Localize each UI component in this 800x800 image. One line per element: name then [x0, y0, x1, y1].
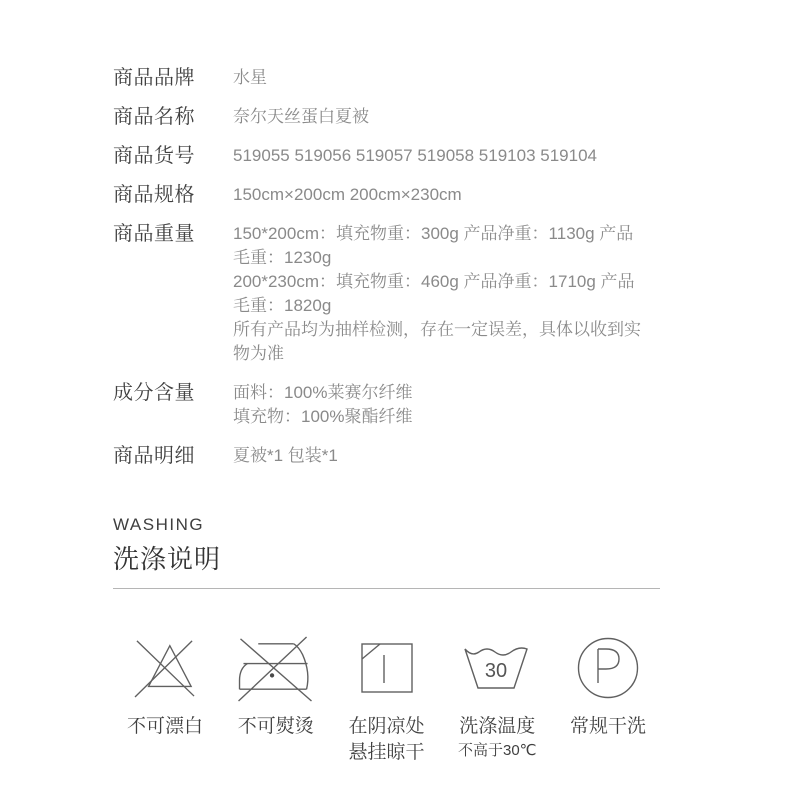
spec-value: 150cm×200cm 200cm×230cm [233, 183, 660, 207]
dry-clean-p-icon [577, 637, 639, 699]
care-item-no-iron: 不可熨烫 [224, 635, 328, 766]
spec-value: 面料：100%莱赛尔纤维 填充物：100%聚酯纤维 [233, 381, 660, 429]
spec-value: 150*200cm：填充物重：300g 产品净重：1130g 产品 毛重：123… [233, 222, 660, 366]
washing-heading: 洗涤说明 [113, 539, 660, 576]
spec-label: 商品规格 [113, 183, 233, 207]
icon-box [361, 635, 413, 701]
do-not-iron-icon [237, 633, 315, 703]
spec-row-contents: 商品明细 夏被*1 包装*1 [113, 444, 660, 468]
spec-row-size: 商品规格 150cm×200cm 200cm×230cm [113, 183, 660, 207]
spec-value: 水星 [233, 66, 660, 90]
care-label: 洗涤温度 [459, 714, 535, 740]
care-item-no-bleach: 不可漂白 [113, 635, 217, 766]
care-label: 常规干洗 [570, 714, 646, 740]
wash-temp-value: 30 [485, 660, 507, 682]
section-divider [113, 588, 660, 589]
spec-row-weight: 商品重量 150*200cm：填充物重：300g 产品净重：1130g 产品 毛… [113, 222, 660, 366]
care-label: 不可熨烫 [238, 714, 314, 740]
spec-table: 商品品牌 水星 商品名称 奈尔天丝蛋白夏被 商品货号 519055 519056… [113, 66, 660, 468]
spec-value: 奈尔天丝蛋白夏被 [233, 105, 660, 129]
care-label: 不可漂白 [127, 714, 203, 740]
spec-value: 519055 519056 519057 519058 519103 51910… [233, 144, 660, 168]
icon-box: 30 [463, 635, 531, 701]
care-icons-row: 不可漂白 [113, 635, 660, 766]
spec-value: 夏被*1 包装*1 [233, 444, 660, 468]
spec-row-composition: 成分含量 面料：100%莱赛尔纤维 填充物：100%聚酯纤维 [113, 381, 660, 429]
spec-label: 商品重量 [113, 222, 233, 246]
hang-dry-shade-icon [361, 643, 413, 693]
washing-eyebrow: WASHING [113, 515, 660, 535]
care-item-hang-dry-shade: 在阴凉处 悬挂晾干 [335, 635, 439, 766]
care-sublabel: 不高于30℃ [458, 741, 537, 761]
spec-row-sku: 商品货号 519055 519056 519057 519058 519103 … [113, 144, 660, 168]
icon-box [133, 635, 197, 701]
care-item-dry-clean: 常规干洗 [556, 635, 660, 766]
washing-section: WASHING 洗涤说明 不可漂白 [113, 515, 660, 766]
page-content: 商品品牌 水星 商品名称 奈尔天丝蛋白夏被 商品货号 519055 519056… [113, 66, 660, 766]
spec-row-brand: 商品品牌 水星 [113, 66, 660, 90]
spec-label: 商品明细 [113, 444, 233, 468]
care-item-wash-30: 30 洗涤温度 不高于30℃ [445, 635, 549, 766]
spec-label: 商品名称 [113, 105, 233, 129]
product-spec-page: 商品品牌 水星 商品名称 奈尔天丝蛋白夏被 商品货号 519055 519056… [0, 0, 800, 800]
spec-label: 成分含量 [113, 381, 233, 405]
spec-label: 商品品牌 [113, 66, 233, 90]
icon-box [577, 635, 639, 701]
spec-label: 商品货号 [113, 144, 233, 168]
care-label: 在阴凉处 悬挂晾干 [348, 714, 424, 766]
wash-temp-30-icon: 30 [463, 645, 531, 692]
icon-box [237, 635, 315, 701]
do-not-bleach-icon [133, 638, 197, 698]
spec-row-name: 商品名称 奈尔天丝蛋白夏被 [113, 105, 660, 129]
